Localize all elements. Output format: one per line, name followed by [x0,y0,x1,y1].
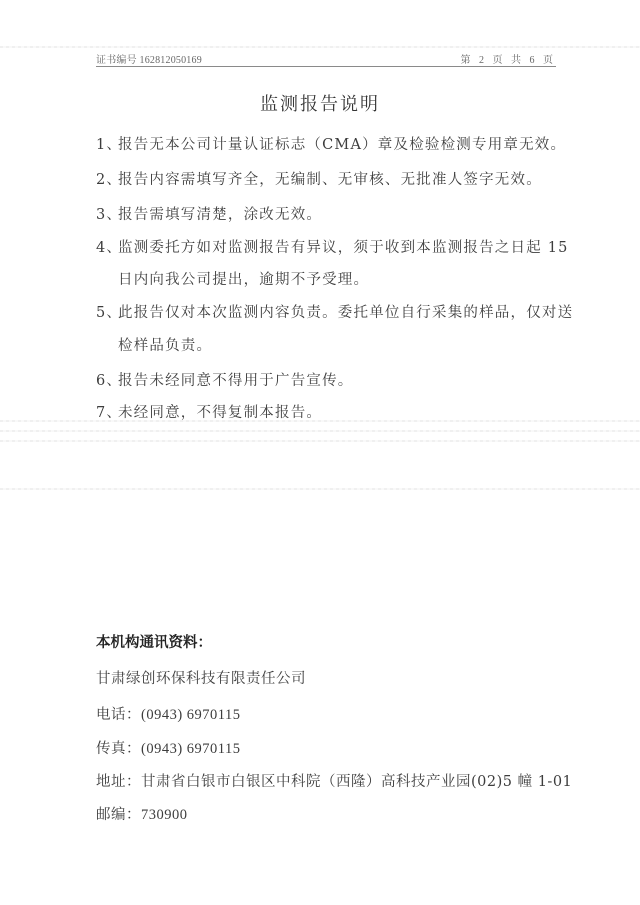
notice-item-7: 7、未经同意，不得复制本报告。 [96,401,322,422]
address-line: 地址：甘肃省白银市白银区中科院（西隆）高科技产业园(02)5 幢 1-01 [96,770,572,791]
item-number: 6、 [96,369,118,390]
document-page: 证书编号 162812050169 第 2 页 共 6 页 监测报告说明 1、报… [0,0,640,905]
item-number: 2、 [96,168,118,189]
item-number: 7、 [96,401,118,422]
scan-artifact [0,440,640,442]
item-number: 1、 [96,133,118,154]
notice-item-2: 2、报告内容需填写齐全，无编制、无审核、无批准人签字无效。 [96,168,542,189]
certificate-number: 证书编号 162812050169 [96,51,202,66]
postcode-line: 邮编：730900 [96,803,188,824]
item-text: 未经同意，不得复制本报告。 [118,405,322,421]
notice-item-4: 4、监测委托方如对监测报告有异议，须于收到本监测报告之日起 15 [96,236,569,257]
contact-heading: 本机构通讯资料： [96,631,212,652]
fax-line: 传真：(0943) 6970115 [96,737,241,758]
scan-artifact [0,430,640,432]
notice-item-4-continuation: 日内向我公司提出，逾期不予受理。 [118,268,369,289]
item-text: 报告未经同意不得用于广告宣传。 [118,373,354,389]
notice-item-5: 5、此报告仅对本次监测内容负责。委托单位自行采集的样品，仅对送 [96,301,573,322]
scan-artifact [0,46,640,48]
item-number: 5、 [96,301,118,322]
page-title: 监测报告说明 [0,90,640,116]
item-number: 3、 [96,203,118,224]
notice-item-1: 1、报告无本公司计量认证标志（CMA）章及检验检测专用章无效。 [96,133,566,154]
notice-item-3: 3、报告需填写清楚，涂改无效。 [96,203,322,224]
scan-artifact [0,488,640,490]
fax-label: 传真： [96,741,141,757]
fax-number: (0943) 6970115 [141,741,241,757]
item-text: 监测委托方如对监测报告有异议，须于收到本监测报告之日起 15 [118,240,569,256]
phone-label: 电话： [96,707,141,723]
page-number: 第 2 页 共 6 页 [461,51,557,66]
address-value: 甘肃省白银市白银区中科院（西隆）高科技产业园(02)5 幢 1-01 [141,774,572,790]
company-name: 甘肃绿创环保科技有限责任公司 [96,667,306,688]
postcode-value: 730900 [141,807,188,823]
phone-line: 电话：(0943) 6970115 [96,703,241,724]
item-text: 报告无本公司计量认证标志（CMA）章及检验检测专用章无效。 [118,137,566,153]
notice-item-5-continuation: 检样品负责。 [118,334,212,355]
page-header: 证书编号 162812050169 第 2 页 共 6 页 [96,50,556,67]
item-text: 报告内容需填写齐全，无编制、无审核、无批准人签字无效。 [118,172,542,188]
item-text: 报告需填写清楚，涂改无效。 [118,207,322,223]
item-text: 此报告仅对本次监测内容负责。委托单位自行采集的样品，仅对送 [118,305,573,321]
notice-item-6: 6、报告未经同意不得用于广告宣传。 [96,369,354,390]
phone-number: (0943) 6970115 [141,707,241,723]
address-label: 地址： [96,774,141,790]
item-number: 4、 [96,236,118,257]
postcode-label: 邮编： [96,807,141,823]
